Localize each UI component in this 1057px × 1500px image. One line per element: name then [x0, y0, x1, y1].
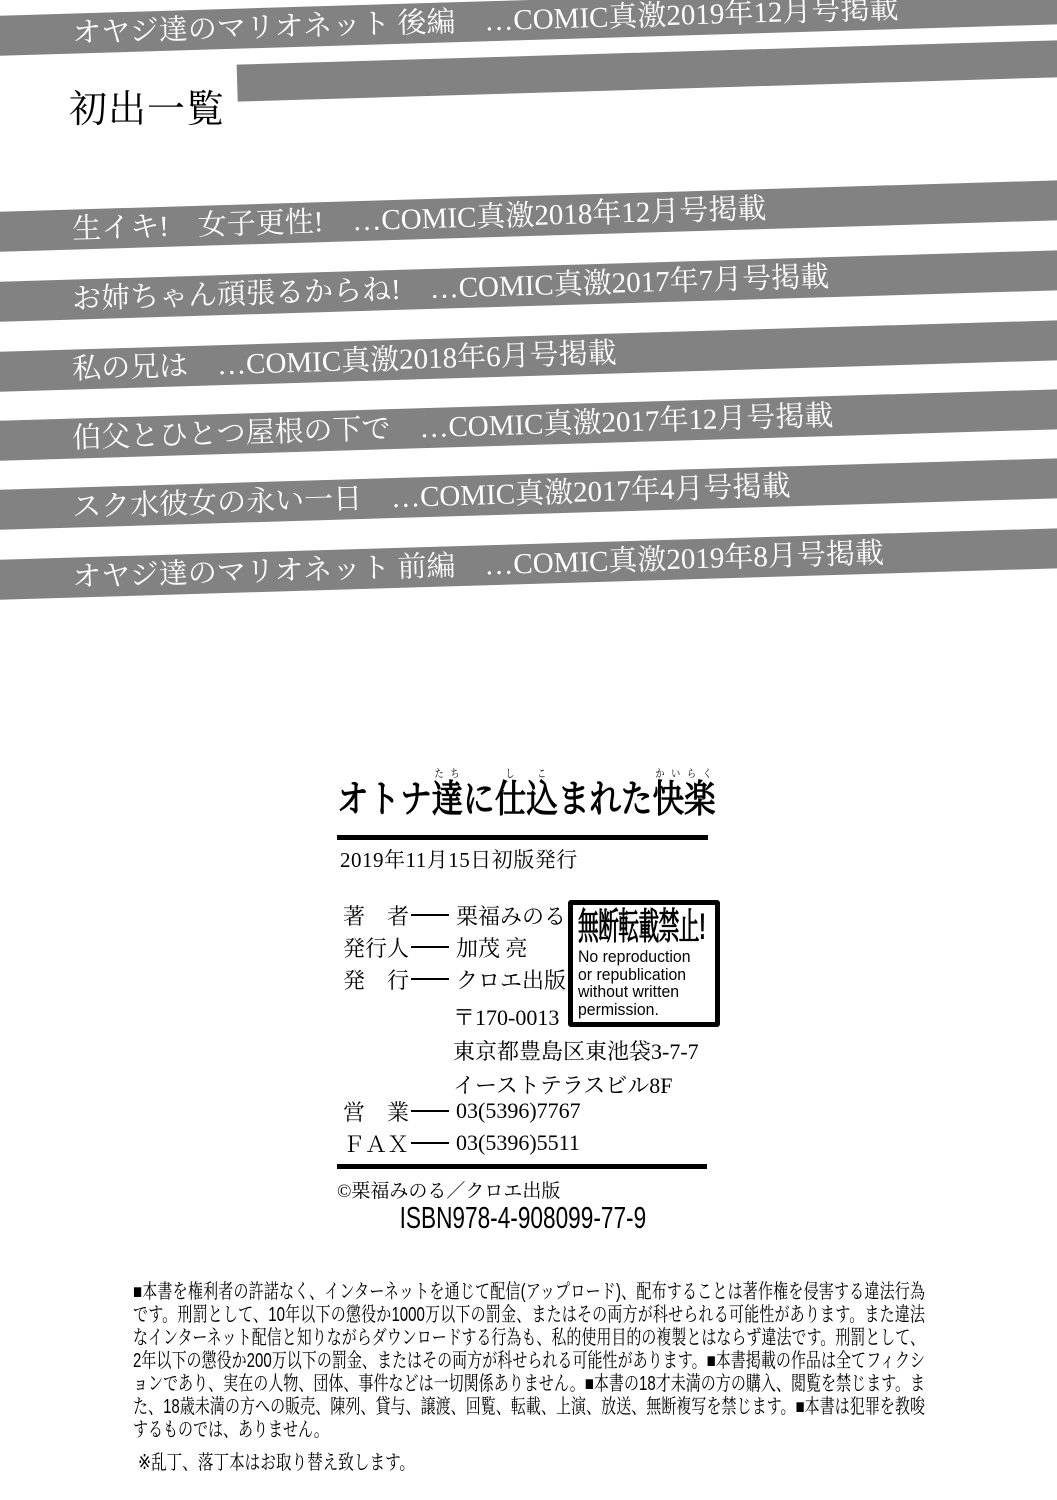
replacement-note: ※乱丁、落丁本はお取り替え致します。	[138, 1446, 415, 1475]
contact-row-sales: 営 業 03(5396)7767	[343, 1095, 581, 1127]
contact-value: 03(5396)7767	[456, 1098, 581, 1124]
stamp-title: 無断転載禁止!	[578, 908, 652, 945]
book-title: オトナ達たちに仕し込こまれた快楽かいらく	[337, 768, 711, 821]
staff-label: 著 者	[343, 900, 411, 931]
staff-value: クロエ出版	[456, 964, 566, 995]
staff-row-publisher: 発 行 クロエ出版	[343, 963, 566, 995]
staff-row-publisher-person: 発行人 加茂 亮	[343, 931, 566, 963]
copyright-line: ©栗福みのる／クロエ出版	[337, 1176, 560, 1203]
contact-rows: 営 業 03(5396)7767 ＦＡＸ 03(5396)5511	[343, 1095, 581, 1159]
edition-date: 2019年11月15日初版発行	[340, 844, 578, 874]
page-title: 初出一覧	[69, 91, 225, 129]
credit-stripe: 生イキ! 女子更性! …COMIC真激2018年12月号掲載	[0, 180, 1057, 253]
colophon-page: { "page": { "title": "初出一覧" }, "credits"…	[0, 0, 1057, 1500]
stamp-text-line: or republication	[578, 966, 702, 984]
dash-line	[411, 1110, 449, 1112]
dash-line	[411, 914, 449, 916]
staff-row-author: 著 者 栗福みのる	[343, 899, 566, 931]
isbn: ISBN978-4-908099-77-9	[399, 1200, 646, 1236]
credit-entry: お姉ちゃん頑張るからね! …COMIC真激2017年7月号掲載	[72, 261, 830, 315]
stamp-text-line: No reproduction	[578, 948, 702, 966]
dash-line	[411, 946, 449, 948]
staff-value: 加茂 亮	[456, 932, 528, 963]
credit-entry: オヤジ達のマリオネット 前編 …COMIC真激2019年8月号掲載	[72, 538, 885, 594]
contact-value: 03(5396)5511	[456, 1130, 580, 1156]
legal-notice: ■本書を権利者の許諾なく、インターネットを通じて配信(アップロード)、配布するこ…	[133, 1281, 925, 1442]
credit-entry: 私の兄は …COMIC真激2018年6月号掲載	[72, 337, 617, 385]
credit-stripe: 伯父とひとつ屋根の下で …COMIC真激2017年12月号掲載	[0, 389, 1057, 462]
staff-rows: 著 者 栗福みのる 発行人 加茂 亮 発 行 クロエ出版	[343, 899, 566, 995]
credit-stripe: 私の兄は …COMIC真激2018年6月号掲載	[0, 320, 1057, 393]
stamp-text-line: permission.	[578, 1001, 702, 1019]
stamp-text: No reproduction or republication without…	[578, 948, 702, 1018]
credit-entry: 伯父とひとつ屋根の下で …COMIC真激2017年12月号掲載	[72, 400, 834, 455]
credit-entry: スク水彼女の永い一日 …COMIC真激2017年4月号掲載	[72, 470, 791, 523]
contact-label: ＦＡＸ	[343, 1128, 411, 1159]
colophon-rule	[337, 1164, 707, 1169]
credit-stripe: お姉ちゃん頑張るからね! …COMIC真激2017年7月号掲載	[0, 250, 1057, 323]
staff-label: 発行人	[343, 932, 411, 963]
dash-line	[411, 978, 449, 980]
title-bar-decoration	[237, 39, 1057, 101]
credit-stripe: オヤジ達のマリオネット 前編 …COMIC真激2019年8月号掲載	[0, 528, 1057, 601]
contact-row-fax: ＦＡＸ 03(5396)5511	[343, 1127, 581, 1159]
credit-stripe: スク水彼女の永い一日 …COMIC真激2017年4月号掲載	[0, 458, 1057, 531]
contact-label: 営 業	[343, 1096, 411, 1127]
staff-value: 栗福みのる	[456, 900, 566, 931]
address-line: 東京都豊島区東池袋3-7-7	[453, 1035, 699, 1069]
isbn-wrap: ISBN978-4-908099-77-9	[337, 1200, 708, 1236]
stamp-text-line: without written	[578, 983, 702, 1001]
no-reproduction-stamp: 無断転載禁止! No reproduction or republication…	[568, 900, 720, 1027]
credit-entry: 生イキ! 女子更性! …COMIC真激2018年12月号掲載	[72, 193, 767, 246]
dash-line	[411, 1142, 449, 1144]
title-rule	[337, 835, 708, 840]
staff-label: 発 行	[343, 964, 411, 995]
credit-entry: オヤジ達のマリオネット 後編 …COMIC真激2019年12月号掲載	[72, 0, 899, 50]
